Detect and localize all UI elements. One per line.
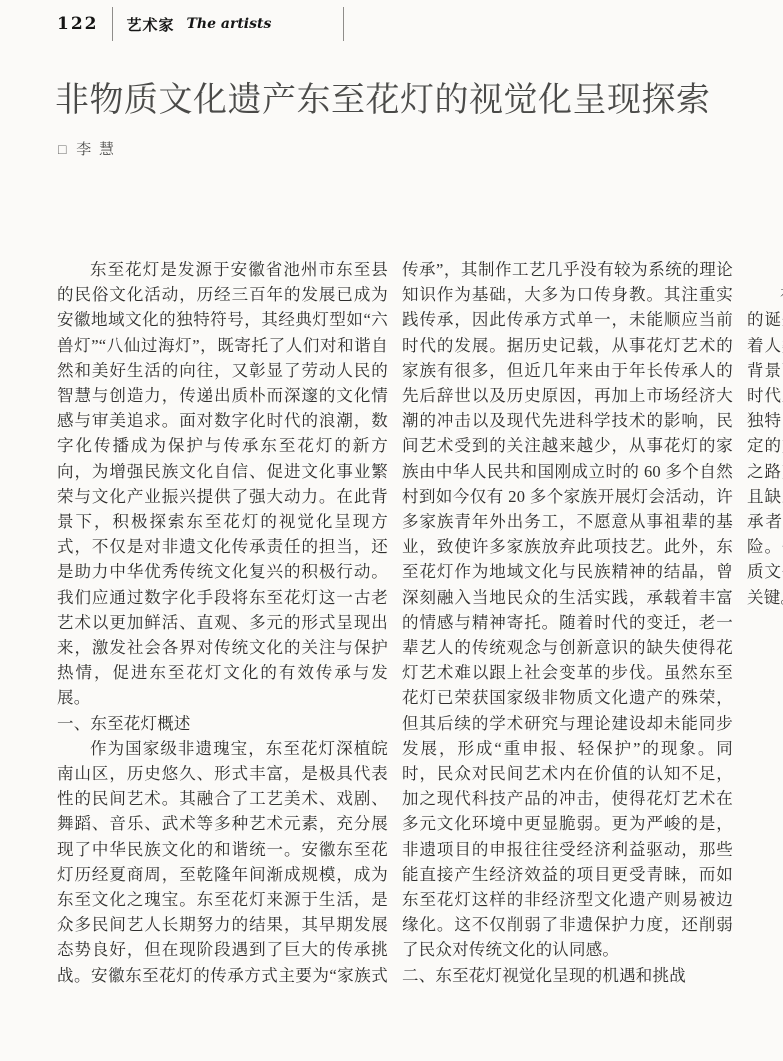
magazine-page: 122 艺术家 The artists 非物质文化遗产东至花灯的视觉化呈现探索 … bbox=[0, 0, 783, 1061]
author-name: 李 慧 bbox=[76, 142, 116, 158]
section-heading-2: 二、东至花灯视觉化呈现的机遇和挑战 bbox=[402, 963, 733, 988]
subsection-heading-opportunity: （一）机遇 bbox=[747, 257, 783, 282]
section-heading-1: 一、东至花灯概述 bbox=[57, 711, 388, 736]
opportunity-paragraph: 在时代变迁的进程中，非物质文化遗产的诞生与发展是工艺与材料的交响曲，映射着人类文… bbox=[747, 282, 783, 610]
page-number: 122 bbox=[57, 14, 99, 34]
page-header: 122 艺术家 The artists bbox=[57, 6, 344, 42]
section-title-cn: 艺术家 bbox=[127, 14, 175, 35]
article-body: 东至花灯是发源于安徽省池州市东至县的民俗文化活动，历经三百年的发展已成为安徽地域… bbox=[57, 257, 733, 1013]
section-title-en: The artists bbox=[187, 16, 272, 32]
author-line: □ 李 慧 bbox=[58, 138, 116, 159]
header-divider-right bbox=[343, 7, 344, 41]
intro-paragraph: 东至花灯是发源于安徽省池州市东至县的民俗文化活动，历经三百年的发展已成为安徽地域… bbox=[57, 257, 388, 711]
header-divider-left bbox=[112, 7, 113, 41]
author-marker-icon: □ bbox=[58, 143, 67, 158]
article-title: 非物质文化遗产东至花灯的视觉化呈现探索 bbox=[55, 72, 711, 121]
